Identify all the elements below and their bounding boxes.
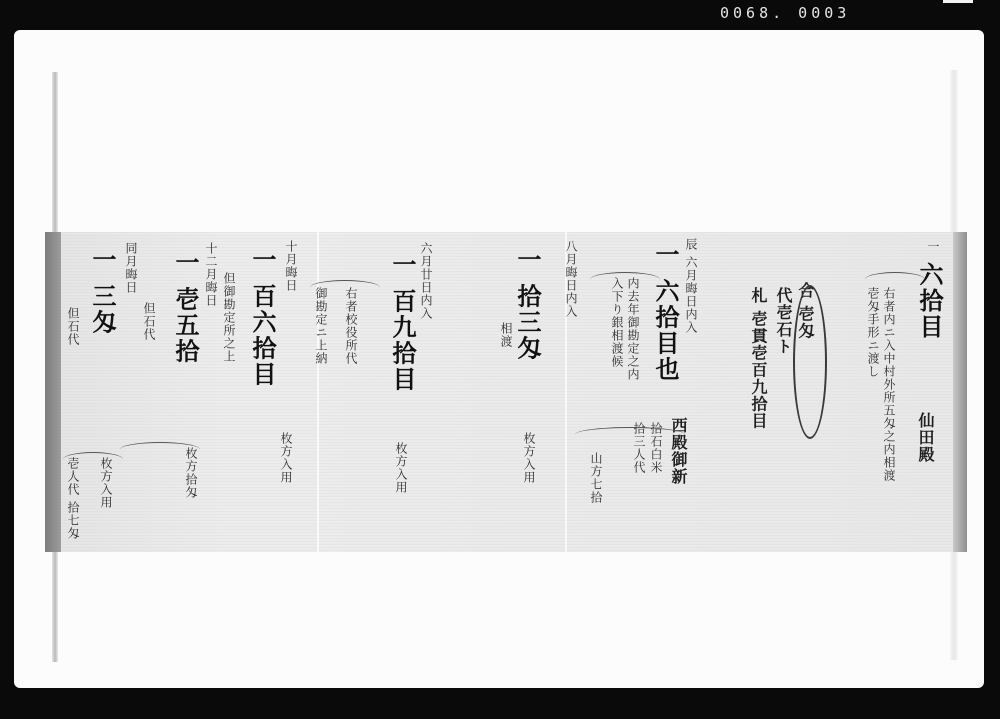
total-rice: 代壱石ト: [775, 287, 791, 355]
entry-amount: 六拾目: [917, 262, 941, 340]
entry-date: 一: [927, 240, 939, 253]
entry-amount: 一 壱五拾: [173, 250, 197, 364]
entry-note: 相渡: [500, 322, 512, 348]
entry-note: 但石代: [143, 302, 155, 341]
strip-left-edge: [45, 232, 61, 552]
entry-note: 内去年御勘定之内: [627, 277, 639, 381]
oval-seal-mark: [793, 285, 827, 439]
entry-date: 同月晦日: [125, 242, 137, 294]
entry-note: 但御勘定所之上: [223, 272, 235, 363]
paper-seam: [317, 232, 319, 552]
entry-note: 右者校役所代: [345, 287, 357, 365]
entry-date: 六月廿日内入: [420, 242, 432, 320]
entry-note: 枚方入用: [395, 442, 407, 494]
strip-right-edge: [953, 232, 967, 552]
entry-amount: 一 百九拾目: [390, 252, 414, 392]
frame-number: 0068. 0003: [720, 4, 850, 22]
entry-note: 右者内ニ入中村外所五匁之内相渡: [883, 287, 895, 482]
entry-date: 十二月晦日: [205, 242, 217, 307]
entry-note: 入下り銀相渡候: [611, 277, 623, 368]
entry-note: 御勘定ニ上納: [315, 287, 327, 365]
entry-payee: 仙田殿: [917, 412, 933, 463]
film-edge-tab: [943, 0, 973, 3]
entry-note: 但石代: [67, 307, 79, 346]
entry-note: 枚方入用: [523, 432, 535, 484]
bracket-arc: [865, 272, 925, 287]
bracket-arc: [120, 442, 200, 457]
bracket-arc: [575, 427, 685, 442]
bracket-arc: [310, 280, 380, 295]
entry-amount: 一 六拾目也: [653, 242, 677, 382]
entry-note: 枚方入用: [280, 432, 292, 484]
entry-date: 十月晦日: [285, 240, 297, 292]
bracket-arc: [590, 272, 660, 287]
total-notes: 札 壱貫壱百九拾目: [750, 287, 766, 430]
entry-amount: 一 拾三匁: [515, 247, 539, 361]
entry-note: 壱匁手形ニ渡し: [867, 287, 879, 378]
bracket-arc: [63, 452, 123, 467]
entry-payee: 西殿御新: [670, 417, 686, 485]
manuscript-strip: 一 六拾目 右者内ニ入中村外所五匁之内相渡 壱匁手形ニ渡し 仙田殿 合 壱匁 代…: [45, 232, 967, 552]
entry-note: 山方七拾: [590, 452, 602, 504]
entry-note: 壱人代 拾七匁: [67, 457, 79, 540]
entry-amount: 一 三匁: [90, 247, 114, 335]
entry-amount: 一 百六拾目: [250, 247, 274, 387]
entry-date: 八月晦日内入: [565, 240, 577, 318]
entry-date: 辰 六月晦日内入: [685, 238, 697, 334]
